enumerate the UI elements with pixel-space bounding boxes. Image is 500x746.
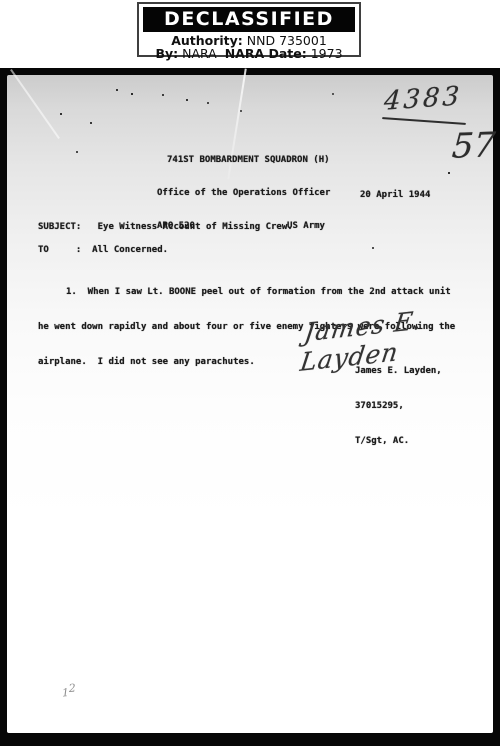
- letterhead: 741ST BOMBARDMENT SQUADRON (H) Office of…: [157, 133, 330, 254]
- declassified-stamp: DECLASSIFIED Authority: NND 735001 By: N…: [137, 2, 361, 57]
- document-page: DECLASSIFIED Authority: NND 735001 By: N…: [0, 0, 500, 746]
- declassified-title: DECLASSIFIED: [143, 7, 355, 32]
- by-label: By:: [155, 46, 178, 61]
- document-date: 20 April 1944: [360, 190, 430, 200]
- signature-rank: T/Sgt, AC.: [355, 436, 442, 448]
- nara-date-label: NARA Date:: [225, 46, 307, 61]
- stamp-by-line: By: NARA NARA Date: 1973: [139, 47, 359, 60]
- nara-date-value: 1973: [307, 46, 343, 61]
- pencil-mark-digit: 2: [68, 682, 76, 695]
- letterhead-unit: 741ST BOMBARDMENT SQUADRON (H): [157, 155, 330, 166]
- body-line: 1. When I saw Lt. BOONE peel out of form…: [38, 287, 455, 299]
- handwritten-page-number: 57: [451, 125, 497, 167]
- signature-name: James E. Layden,: [355, 366, 442, 378]
- signature-serial: 37015295,: [355, 401, 442, 413]
- subject-line: SUBJECT: Eye Witness Account of Missing …: [38, 222, 293, 232]
- pencil-mark: 12: [62, 686, 77, 700]
- letterhead-office: Office of the Operations Officer: [157, 188, 330, 199]
- typed-signature-block: James E. Layden, 37015295, T/Sgt, AC.: [355, 343, 442, 471]
- by-value: NARA: [178, 46, 225, 61]
- handwritten-doc-number: 4383: [383, 81, 463, 117]
- to-line: TO : All Concerned.: [38, 245, 168, 255]
- scan-specks: [0, 0, 2, 2]
